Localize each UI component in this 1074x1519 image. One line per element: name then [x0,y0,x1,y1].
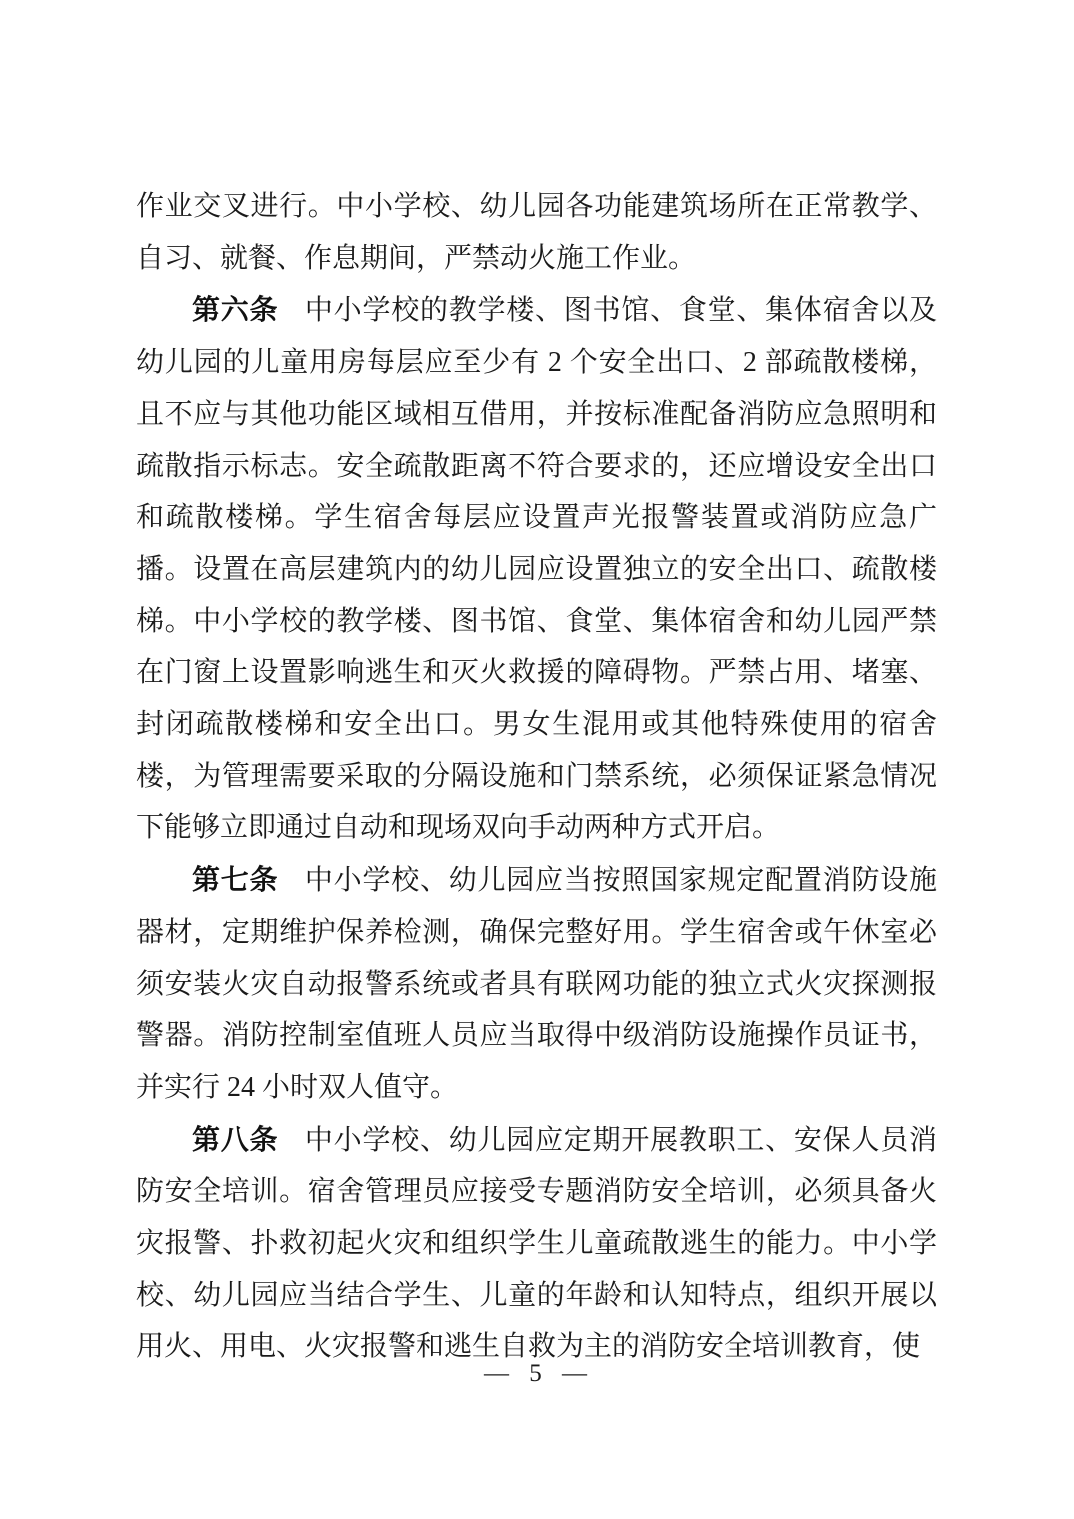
article-8-heading: 第八条 [192,1124,278,1155]
document-page: 作业交叉进行。中小学校、幼儿园各功能建筑场所在正常教学、自习、就餐、作息期间，严… [0,0,1074,1519]
paragraph-article-6: 第六条中小学校的教学楼、图书馆、食堂、集体宿舍以及幼儿园的儿童用房每层应至少有 … [136,284,937,854]
paragraph-text: 中小学校、幼儿园应定期开展教职工、安保人员消防安全培训。宿舍管理员应接受专题消防… [136,1125,937,1363]
paragraph-text: 中小学校、幼儿园应当按照国家规定配置消防设施器材，定期维护保养检测，确保完整好用… [136,865,937,1103]
paragraph-article-8: 第八条中小学校、幼儿园应定期开展教职工、安保人员消防安全培训。宿舍管理员应接受专… [136,1114,937,1374]
page-footer: — 5 — [136,1360,937,1388]
paragraph-text: 作业交叉进行。中小学校、幼儿园各功能建筑场所在正常教学、自习、就餐、作息期间，严… [136,191,937,274]
paragraph-continuation: 作业交叉进行。中小学校、幼儿园各功能建筑场所在正常教学、自习、就餐、作息期间，严… [136,181,937,284]
paragraph-text: 中小学校的教学楼、图书馆、食堂、集体宿舍以及幼儿园的儿童用房每层应至少有 2 个… [136,295,937,843]
paragraph-article-7: 第七条中小学校、幼儿园应当按照国家规定配置消防设施器材，定期维护保养检测，确保完… [136,854,937,1114]
page-number: — 5 — [484,1360,589,1387]
article-7-heading: 第七条 [192,864,278,895]
article-6-heading: 第六条 [192,294,278,325]
document-body: 作业交叉进行。中小学校、幼儿园各功能建筑场所在正常教学、自习、就餐、作息期间，严… [136,181,937,1373]
